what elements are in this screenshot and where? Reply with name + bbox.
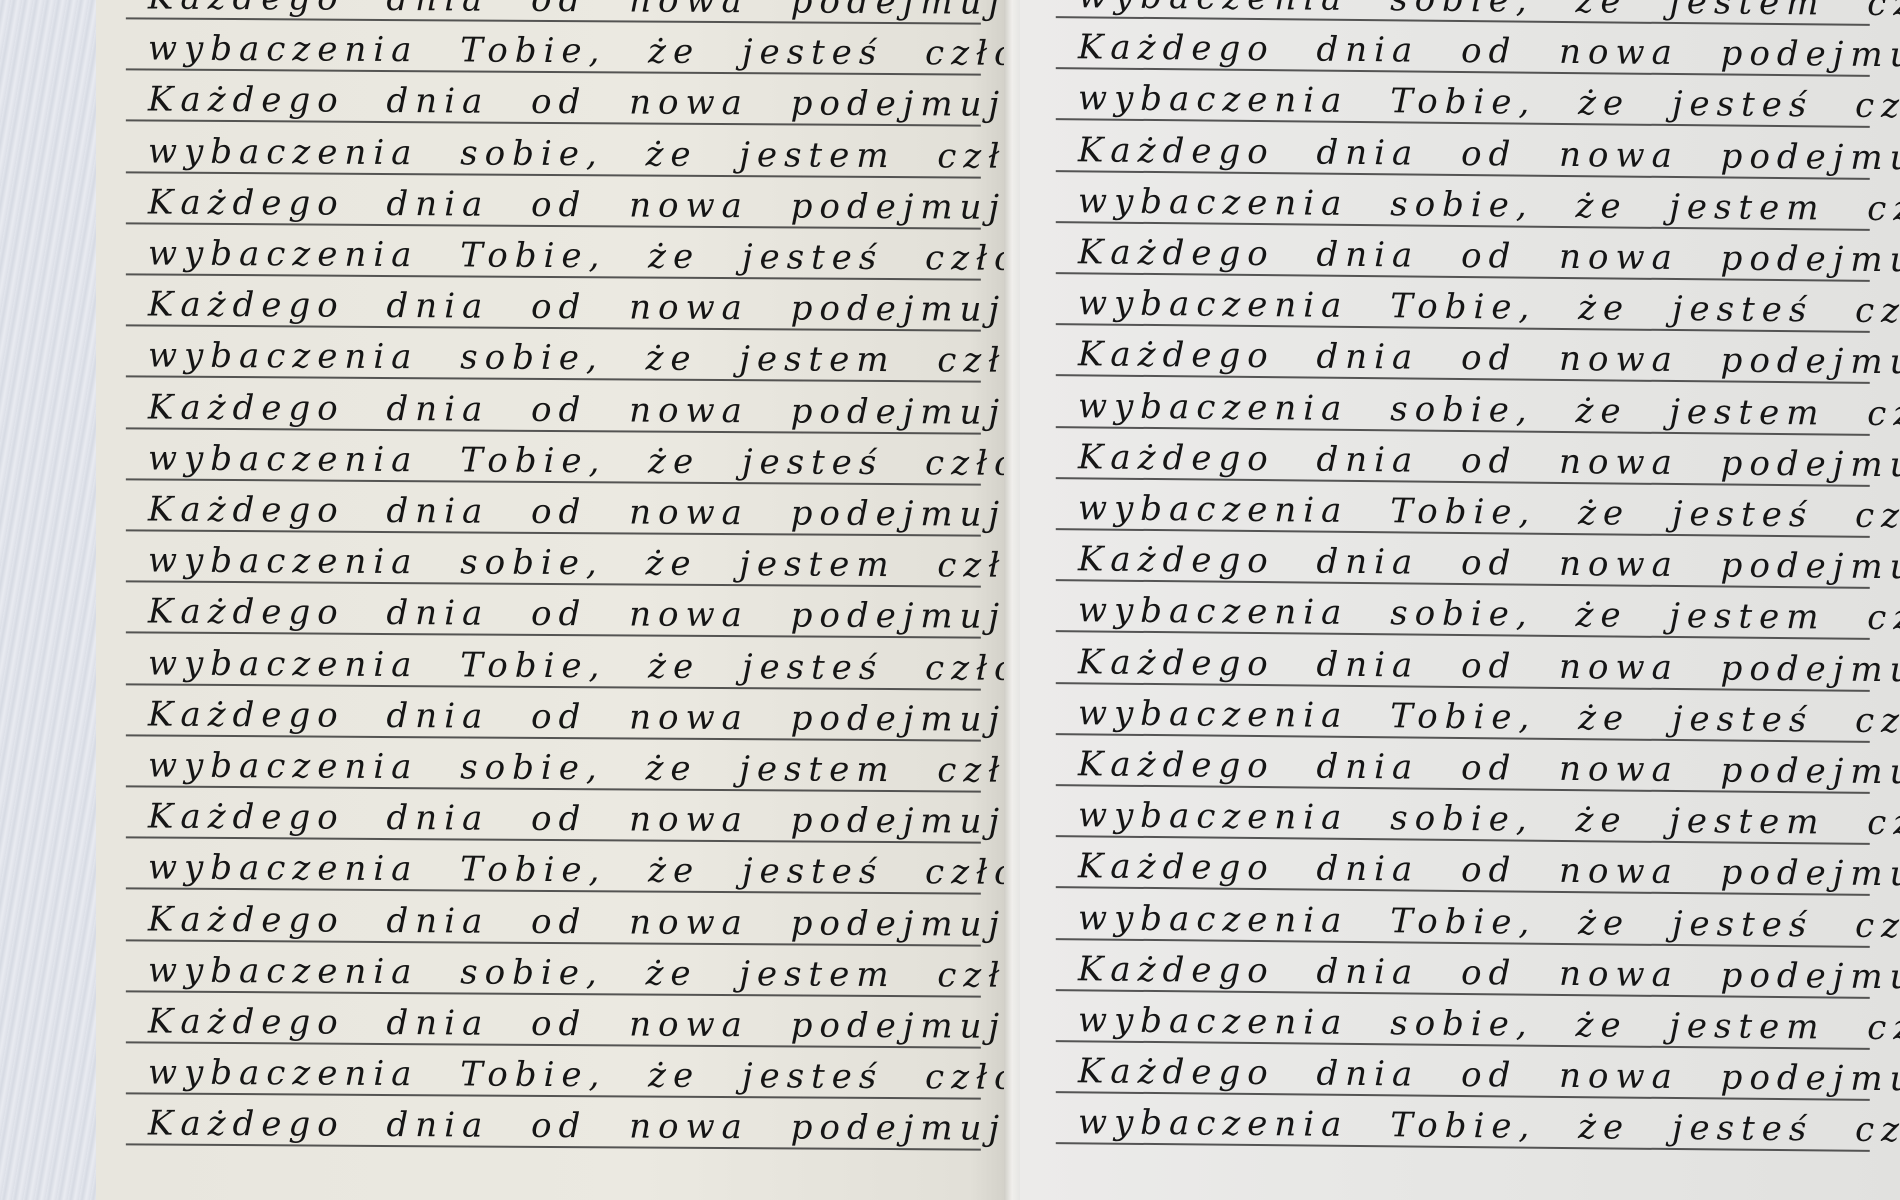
left-page: Każdego dnia od nowa podejmuję próbęwyba… [96, 0, 1006, 1200]
ruled-line: Każdego dnia od nowa podejmuję próbę [1056, 1041, 1870, 1101]
ruled-line: Każdego dnia od nowa podejmuję próbę [126, 172, 981, 229]
ruled-line: wybaczenia sobie, że jestem człowiekiem. [126, 531, 981, 588]
ruled-line: wybaczenia sobie, że jestem człowiekiem. [126, 326, 981, 383]
ruled-line: wybaczenia sobie, że jestem człowiekiem. [1056, 376, 1870, 436]
handwritten-line: Każdego dnia od nowa podejmuję próbę [148, 1002, 1006, 1048]
ruled-line: wybaczenia sobie, że jestem człowiekiem. [1056, 580, 1870, 640]
handwritten-line: Każdego dnia od nowa podejmuję próbę [148, 285, 1006, 331]
handwritten-line: wybaczenia sobie, że jestem człowiekiem. [148, 950, 1006, 997]
right-page: wybaczenia sobie, że jestem człowiekiem.… [1020, 0, 1900, 1200]
ruled-line: Każdego dnia od nowa podejmuję próbę [1056, 836, 1870, 896]
background-surface [0, 0, 96, 1200]
ruled-line: wybaczenia Tobie, że jesteś człowiekiem. [126, 428, 981, 485]
handwritten-line: Każdego dnia od nowa podejmuję próbę [148, 899, 1006, 945]
handwritten-line: Każdego dnia od nowa podejmuję próbę [148, 387, 1006, 433]
ruled-line: Każdego dnia od nowa podejmuję próbę [126, 991, 981, 1048]
handwritten-line: wybaczenia sobie, że jestem człowiekiem. [148, 131, 1006, 178]
ruled-line: wybaczenia Tobie, że jesteś człowiekiem. [126, 1043, 981, 1100]
ruled-line: wybaczenia sobie, że jestem człowiekiem. [1056, 171, 1870, 231]
handwritten-line: Każdego dnia od nowa podejmuję próbę [148, 182, 1006, 228]
ruled-line: wybaczenia sobie, że jestem człowiekiem. [1056, 785, 1870, 845]
ruled-line: Każdego dnia od nowa podejmuję próbę [1056, 939, 1870, 999]
handwritten-line: wybaczenia Tobie, że jesteś człowiekiem. [148, 1053, 1006, 1100]
ruled-line: Każdego dnia od nowa podejmuję próbę [126, 479, 981, 536]
ruled-line: wybaczenia sobie, że jestem człowiekiem. [126, 735, 981, 792]
ruled-line: wybaczenia sobie, że jestem człowiekiem. [126, 940, 981, 997]
ruled-line: Każdego dnia od nowa podejmuję próbę [126, 889, 981, 946]
ruled-line: Każdego dnia od nowa podejmuję próbę [126, 684, 981, 741]
handwritten-line: wybaczenia Tobie, że jesteś człowiekiem. [148, 438, 1006, 485]
ruled-line: Każdego dnia od nowa podejmuję próbę [126, 70, 981, 127]
handwritten-line: wybaczenia Tobie, że jesteś człowiekiem. [148, 234, 1006, 281]
ruled-line: Każdego dnia od nowa podejmuję próbę [1056, 529, 1870, 589]
ruled-line: wybaczenia Tobie, że jesteś człowiekiem. [126, 223, 981, 280]
ruled-line: Każdego dnia od nowa podejmuję próbę [1056, 222, 1870, 282]
handwritten-line: wybaczenia Tobie, że jesteś człowiekiem. [1078, 1103, 1900, 1153]
ruled-line: wybaczenia Tobie, że jesteś człowiekiem. [126, 19, 981, 76]
handwritten-line: wybaczenia Tobie, że jesteś człowiekiem. [148, 29, 1006, 76]
ruled-line: wybaczenia Tobie, że jesteś człowiekiem. [1056, 683, 1870, 743]
handwritten-line: wybaczenia Tobie, że jesteś człowiekiem. [148, 643, 1006, 690]
ruled-line: wybaczenia Tobie, że jesteś człowiekiem. [1056, 1092, 1870, 1152]
ruled-line: Każdego dnia od nowa podejmuję próbę [1056, 734, 1870, 794]
ruled-line: Każdego dnia od nowa podejmuję próbę [126, 275, 981, 332]
handwritten-line: wybaczenia Tobie, że jesteś człowiekiem. [148, 848, 1006, 895]
ruled-line: Każdego dnia od nowa podejmuję próbę [1056, 120, 1870, 180]
ruled-line: wybaczenia Tobie, że jesteś człowiekiem. [126, 838, 981, 895]
handwritten-line: Każdego dnia od nowa podejmuję próbę [148, 592, 1006, 638]
ruled-line: Każdego dnia od nowa podejmuję próbę [126, 582, 981, 639]
ruled-line: wybaczenia sobie, że jestem człowiekiem. [1056, 990, 1870, 1050]
ruled-line: Każdego dnia od nowa podejmuję próbę [1056, 17, 1870, 77]
ruled-line: Każdego dnia od nowa podejmuję próbę [126, 787, 981, 844]
ruled-line: Każdego dnia od nowa podejmuję próbę [1056, 324, 1870, 384]
ruled-line: wybaczenia Tobie, że jesteś człowiekiem. [1056, 68, 1870, 128]
handwritten-line: Każdego dnia od nowa podejmuję próbę [148, 694, 1006, 740]
handwritten-line: Każdego dnia od nowa podejmuję próbę [148, 80, 1006, 126]
ruled-line: Każdego dnia od nowa podejmuję próbę [126, 377, 981, 434]
ruled-line: Każdego dnia od nowa podejmuję próbę [1056, 427, 1870, 487]
handwritten-line: Każdego dnia od nowa podejmuję próbę [148, 1104, 1006, 1150]
ruled-line: wybaczenia Tobie, że jesteś człowiekiem. [1056, 478, 1870, 538]
ruled-line: wybaczenia Tobie, że jesteś człowiekiem. [126, 633, 981, 690]
handwritten-line: wybaczenia sobie, że jestem człowiekiem. [148, 541, 1006, 588]
handwritten-line: Każdego dnia od nowa podejmuję próbę [148, 797, 1006, 843]
ruled-line: wybaczenia Tobie, że jesteś człowiekiem. [1056, 273, 1870, 333]
handwritten-line: Każdego dnia od nowa podejmuję próbę [148, 490, 1006, 536]
handwritten-line: wybaczenia sobie, że jestem człowiekiem. [148, 336, 1006, 383]
handwritten-line: wybaczenia sobie, że jestem człowiekiem. [148, 746, 1006, 793]
ruled-line: wybaczenia Tobie, że jesteś człowiekiem. [1056, 888, 1870, 948]
ruled-line: Każdego dnia od nowa podejmuję próbę [126, 1094, 981, 1151]
ruled-line: Każdego dnia od nowa podejmuję próbę [1056, 632, 1870, 692]
ruled-line: wybaczenia sobie, że jestem człowiekiem. [126, 121, 981, 178]
